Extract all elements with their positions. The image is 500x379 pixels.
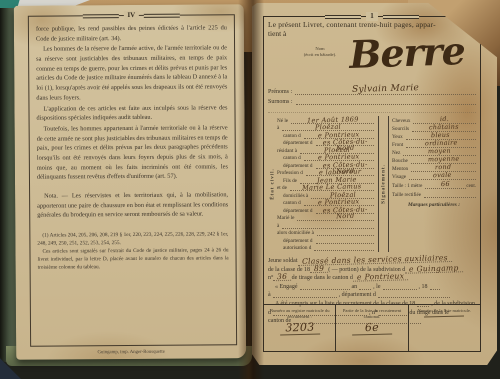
signalement-row: Visageovale [392,172,476,180]
blank-line [383,283,417,290]
signalement-strip: Signalement. [378,116,389,252]
field-label: Né le [277,118,288,124]
page-number-rule [82,14,118,18]
field-label: Cheveux [392,118,410,124]
field-label: Fils de [283,178,297,184]
field-label: autorisation d [283,245,311,251]
field-label: à [277,223,279,229]
recruitment-line: à, département d [268,290,476,299]
signalement-vertical-label: Signalement. [381,165,386,205]
footnote: (1) Articles 204, 205, 206, 208, 219 § 1… [37,231,228,248]
field-value: bleus [431,132,450,138]
faint-note-line [268,107,476,113]
printed-text: « Engagé [275,284,298,290]
field-label: département d [283,140,313,146]
taille-line: 66 [425,181,466,189]
field-value: ordinaire [425,140,458,147]
field-label: à [277,125,279,131]
handwritten-surname: Berre [337,28,476,78]
box-label: Partie de la liste du recrutement canton… [341,308,402,320]
prenoms-label: Prénoms : [268,89,292,95]
signalement-column: Cheveuxid.SourcilschâtainsYeuxbleusFront… [389,116,476,252]
field-line [317,229,374,236]
field-label: Menton [392,166,408,172]
left-page-text: force publique, les rend passibles des p… [36,23,229,273]
bottom-boxes: Numéro au registre matricule du recrutem… [264,304,480,351]
field-label: canton d [283,200,301,206]
recruitment-line: n°36de tirage dans le canton de Pontrieu… [268,273,476,282]
handwritten-entry: 89 [310,264,328,272]
etat-civil-row: autorisation d [277,244,374,252]
field-label: département d [283,208,313,214]
field-label: Yeux [392,134,403,140]
field-value: es Côtes-du-Nord [315,206,374,220]
left-page-border-frame: IV force publique, les rend passibles de… [28,14,237,346]
prenoms-line: Sylvain Marie [295,84,476,95]
field-label: Front [392,142,403,148]
taille-rectifiee-line [424,190,476,198]
etat-civil-vertical-label: État civil. [270,169,275,201]
marques-particulieres-label: Marques particulières : [392,202,476,208]
form-columns: État civil. Né le1er Août 1869àPloëzalca… [268,116,476,252]
recruitment-line: « Engagéan, le, 18 [268,281,476,290]
field-label: Bouche [392,158,408,164]
signalement-rows: Cheveuxid.SourcilschâtainsYeuxbleusFront… [392,116,476,180]
blank-line [378,291,450,298]
nota-paragraph: Nota. — Les réservistes et les territori… [37,190,228,220]
field-value: rond [435,164,451,170]
field-value: moyenne [428,156,460,163]
field-label: et de [277,185,287,191]
taille-value: 66 [441,181,450,187]
printed-text: de tirage dans le canton d [292,275,353,281]
etat-civil-row: alors domiciliée à [277,229,374,237]
box-value: 3203 [279,322,319,336]
name-label: Nom (écrit en bâtarde). [296,46,344,58]
field-label: département d [283,238,313,244]
left-page-number: IV [123,11,139,20]
field-label: Nez [392,150,400,156]
right-page-border-frame: 1 Le présent Livret, contenant trente-hu… [263,16,481,352]
blank-line [300,283,350,290]
handwritten-entry: 36 [273,273,291,281]
left-page-number-row: IV [29,10,234,20]
field-label: résidant à [277,148,297,154]
left-page: IV force publique, les rend passibles de… [14,4,246,360]
printer-imprint: Guingamp, imp. Anger-Rousquette [16,349,246,356]
prenoms-row: Prénoms : Sylvain Marie [268,84,476,95]
right-page: 1 Le présent Livret, contenant trente-hu… [252,3,497,365]
printed-text: , le [373,284,380,290]
field-line [314,244,374,251]
footnotes: (1) Articles 204, 205, 206, 208, 219 § 1… [37,228,228,272]
field-label: département d [283,163,313,169]
etat-civil-strip: État civil. [268,116,277,252]
etat-civil-row: à [277,221,374,229]
etat-civil-row: département d [277,236,374,244]
field-line: es Côtes-du-Nord [316,207,374,214]
matricule-box: Partie de la liste du recrutement canton… [335,305,407,351]
field-label: domiciliés à [283,193,308,199]
matricule-box: Numéro de la liste matricule. [408,305,480,351]
field-label: Marié le [277,215,294,221]
printed-text: à [268,292,271,298]
field-label: canton d [283,155,301,161]
box-label: Numéro de la liste matricule. [414,308,475,314]
blank-line [359,283,371,290]
printed-text: Jeune soldat [268,258,298,264]
field-value: moyen [428,148,451,155]
taille-rectifiee-label: Taille rectifiée [392,193,421,198]
name-label-text: Nom [315,46,324,51]
field-label: Profession d [277,170,303,176]
field-line [316,237,374,244]
page-number-rule [383,15,419,19]
blank-line [430,283,440,290]
etat-civil-row: département des Côtes-du-Nord [277,206,374,214]
handwritten-entry: e Guingamp [405,264,463,274]
page-number-rule [325,15,361,19]
printed-text: an [352,284,358,290]
etat-civil-rows: Né le1er Août 1869àPloëzalcanton de Pont… [277,116,378,252]
paragraph: force publique, les rend passibles des p… [36,23,227,44]
prenoms-value: Sylvain Marie [352,84,419,96]
name-block: Nom (écrit en bâtarde). Berre [268,38,476,84]
printed-text: , département d [339,292,376,298]
taille-rectifiee-row: Taille rectifiée [392,189,476,198]
paragraph: L'application de ces articles est faite … [36,103,227,124]
field-line [282,222,374,229]
paragraph: Toutefois, les hommes appartenant à l'ar… [37,123,228,182]
blank-line [273,291,337,298]
form-content: Le présent Livret, contenant trente-huit… [268,20,476,349]
box-value: 6e [352,322,392,336]
surnoms-row: Surnoms : [268,97,476,105]
printed-text: de la classe de 18 [268,267,310,273]
page-number-rule [144,13,180,17]
field-value: châtains [429,124,459,131]
taille-row: Taille : 1 mètre 66 cent. [392,180,476,189]
paragraph: Les hommes de la réserve de l'armée acti… [36,44,227,103]
box-value [424,316,464,318]
field-label: canton d [283,133,301,139]
footnote: Ces articles sont signalés sur l'extrait… [37,248,228,272]
surnoms-label: Surnoms : [268,99,293,105]
printed-text: , 18 [419,284,428,290]
field-value: id. [440,116,449,122]
name-sublabel-text: (écrit en bâtarde). [304,52,337,57]
field-label: alors domiciliée à [277,230,314,236]
box-label: Numéro au registre matricule du recrutem… [269,308,330,320]
field-value: ovale [433,172,452,178]
matricule-box: Numéro au registre matricule du recrutem… [264,305,335,351]
etat-civil-row: et deMarie Le Camus [277,184,374,192]
surnoms-line [296,97,476,105]
field-value: Ploëzal [315,124,341,131]
